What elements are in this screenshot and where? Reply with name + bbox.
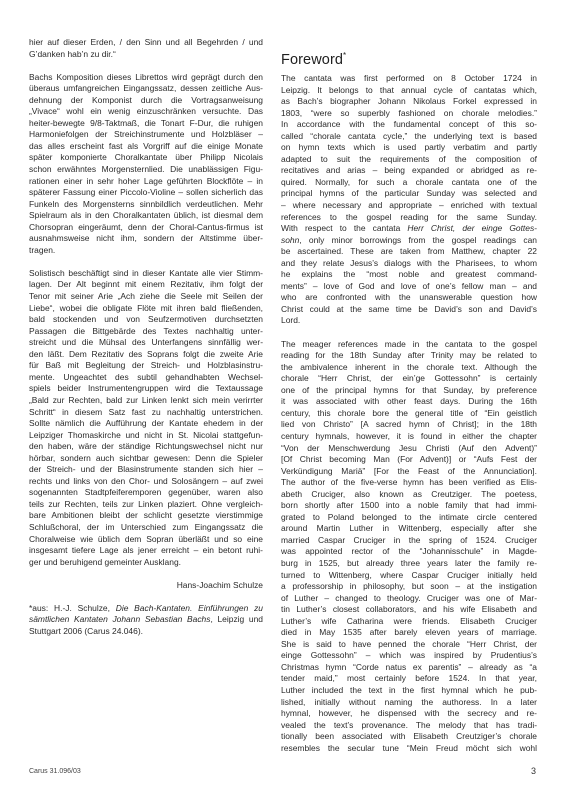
text-line: Luther’s wife Catharina were friends. El… [281, 616, 537, 628]
text-line: „Vivace“ wohl ein wenig einzuschränken v… [29, 106, 263, 118]
text-line: chorale “Herr Christ, der ein’ge Gottess… [281, 373, 537, 385]
text-line: rationen einer in sehr hoher Lage geführ… [29, 176, 263, 188]
text-line: spiels beider Instrumentengruppen wird d… [29, 383, 263, 395]
paragraph-foreword-1: The cantata was first performed on 8 Oct… [281, 73, 537, 327]
text-line: reading for the 18th Sunday after Trinit… [281, 350, 537, 362]
text-line: the ambivalence inherent in the chorale … [281, 362, 537, 374]
text-line: ments” – love of God and love of one’s f… [281, 281, 537, 293]
text-line: dehnung der Komponist durch die Vortrags… [29, 95, 263, 107]
text-line: Schlußchoral, der im Unterschied zum Ein… [29, 522, 263, 534]
text-line: he explains the “most noble and greatest… [281, 269, 537, 281]
text-line: Chorsopran eingeräumt, denn der Choral-C… [29, 222, 263, 234]
footnote-line: Stuttgart 2006 (Carus 24.046). [29, 626, 263, 638]
text-line: century, this chorale bore the general t… [281, 408, 537, 420]
left-column: hier auf dieser Erden, / den Sinn und al… [29, 37, 263, 637]
text-line: The cantata was first performed on 8 Oct… [281, 73, 537, 85]
text-line: a professorship in philosophy, but soon … [281, 581, 537, 593]
text-line: recitatives and arias – being expanded o… [281, 165, 537, 177]
text-line: 1803, “were so superbly fashioned on cho… [281, 108, 537, 120]
text-line: With respect to the cantata Herr Christ,… [281, 223, 537, 235]
text-line: [Of Christ becoming Man (For Advent)] or… [281, 454, 537, 466]
paragraph-foreword-2: The meager references made in the cantat… [281, 339, 537, 755]
text-line: She is said to have penned the chorale “… [281, 639, 537, 651]
text-line: späterer Fassung einer Piccolo-Violine –… [29, 187, 263, 199]
text-line: bald stockenden und von Seufzermotiven d… [29, 314, 263, 326]
text-line: das alles erscheint fast als Vorgriff au… [29, 141, 263, 153]
text-line: resembles the secular tune “Mein Freud m… [281, 743, 537, 755]
text-line: Leipziger Thomaskirche und nicht in St. … [29, 430, 263, 442]
text-line: Schritt“ in diesem Satz fast zu nachhalt… [29, 407, 263, 419]
text-line: In accordance with the fundamental conce… [281, 119, 537, 131]
text-line: den haben, wäre der ständige Richtungswe… [29, 441, 263, 453]
text-line: – where necessary and appropriate – enri… [281, 200, 537, 212]
text-line: and they relate Jesus’s dialogs with the… [281, 258, 537, 270]
text-line: grated to Poland belonged to the intimat… [281, 512, 537, 524]
author-signature: Hans-Joachim Schulze [29, 580, 263, 592]
text-line: Christmas hymn “Corde natus ex parentis”… [281, 662, 537, 674]
text-line: Christ could at the same time be David’s… [281, 304, 537, 316]
text-line: be ascertained. These are taken from Mat… [281, 246, 537, 258]
text-line: who are confronted with the unanswerable… [281, 292, 537, 304]
text-line: für Baß mit Begleitung der Streich- und … [29, 360, 263, 372]
text-line: Liebe“, wobei die obligate Flöte mit ihr… [29, 303, 263, 315]
text-line: insgesamt tiefere Lage als jener erreich… [29, 545, 263, 557]
text-line: Lord. [281, 315, 537, 327]
paragraph-soloists: Solistisch beschäftigt sind in dieser Ka… [29, 268, 263, 568]
text-line: sohn, only minor borrowings from the gos… [281, 235, 537, 247]
text-line: century hymnals, however, it is found in… [281, 431, 537, 443]
text-line: Solistisch beschäftigt sind in dieser Ka… [29, 268, 263, 280]
text-line: Passagen die Bittgebärde des Textes nach… [29, 326, 263, 338]
paragraph-quote-end: hier auf dieser Erden, / den Sinn und al… [29, 37, 263, 60]
footnote-line: sämtlichen Kantaten Johann Sebastian Bac… [29, 614, 263, 626]
text-line: später komponierte Choralkantate über Ph… [29, 152, 263, 164]
text-line: der Streich- und der Blasinstrumente sta… [29, 464, 263, 476]
text-line: schon erwähntes Morgensternlied. Die una… [29, 164, 263, 176]
text-line: Spielraum als in den Choralkantaten übli… [29, 210, 263, 222]
text-line: The meager references made in the cantat… [281, 339, 537, 351]
text-line: married Caspar Cruciger in the spring of… [281, 535, 537, 547]
text-line: adapted to suit the requirements of the … [281, 154, 537, 166]
footnote: *aus: H.-J. Schulze, Die Bach-Kantaten. … [29, 603, 263, 638]
text-line: Tenor mit seiner Arie „Ach ziehe die See… [29, 291, 263, 303]
text-line: references to the gospel reading for the… [281, 212, 537, 224]
text-line: one of the principal hymns for that Sund… [281, 385, 537, 397]
catalog-number: Carus 31.096/03 [29, 768, 81, 775]
text-line: vealed the text’s provenance. The melody… [281, 720, 537, 732]
text-line: Choralweise wie üblich dem Sopran überlä… [29, 534, 263, 546]
text-line: G’danken hab’n zu dir.“ [29, 49, 263, 61]
page-number: 3 [531, 766, 536, 776]
text-line: born shortly after 1500 into a noble fam… [281, 500, 537, 512]
text-line: Verkündigung Mariä” [For the Feast of th… [281, 466, 537, 478]
paragraph-composition: Bachs Komposition dieses Librettos wird … [29, 72, 263, 257]
text-line: lished, initially without naming the aut… [281, 697, 537, 709]
text-line: lied von Christo” [A sacred hymn of Chri… [281, 419, 537, 431]
footnote-line: *aus: H.-J. Schulze, Die Bach-Kantaten. … [29, 603, 263, 615]
text-line: den läßt. Dem Rezitativ des Soprans folg… [29, 349, 263, 361]
text-line: streicht und die Mühsal des Unterfangens… [29, 337, 263, 349]
text-line: tragen. [29, 245, 263, 257]
text-line: burg in 1525, but already three years la… [281, 558, 537, 570]
text-line: was appointed rector of the “Johannissch… [281, 546, 537, 558]
text-line: tionally been associated with Elisabeth … [281, 731, 537, 743]
text-line: Bachs Komposition dieses Librettos wird … [29, 72, 263, 84]
text-line: lagen. Der Alt beginnt mit einem Rezitat… [29, 279, 263, 291]
text-line: hymnal, however, he dispensed with the s… [281, 708, 537, 720]
right-column: Foreword* The cantata was first performe… [281, 47, 537, 754]
text-line: turned to Wittenberg, where Caspar Cruci… [281, 570, 537, 582]
text-line: tin Luther’s closest collaborators, and … [281, 604, 537, 616]
text-line: Leipzig. It belongs to that annual cycle… [281, 85, 537, 97]
text-line: called “chorale cantata cycle,” the unde… [281, 131, 537, 143]
text-line: quired. Normally, for such a chorale can… [281, 177, 537, 189]
text-line: ausnahmsweise nicht ihm, sondern der Alt… [29, 233, 263, 245]
text-line: died in May 1535 after barely eleven yea… [281, 627, 537, 639]
section-heading: Foreword* [281, 47, 537, 69]
text-line: tender maid,” most certainly before 1524… [281, 673, 537, 685]
text-line: Sollte nämlich die Aufführung der Kantat… [29, 418, 263, 430]
text-line: überaus umfangreichen Eingangssatz, dess… [29, 83, 263, 95]
text-line: principal hymns of the particular Sunday… [281, 188, 537, 200]
text-line: „Bald zur Rechten, bald zur Linken lenkt… [29, 395, 263, 407]
text-line: “Von der Menschwerdung Jesu Christi (Auf… [281, 443, 537, 455]
text-line: around Martin Luther in Wittenberg, espe… [281, 523, 537, 535]
text-line: sogenannten Stadtpfeiferemporen gegenübe… [29, 487, 263, 499]
text-line: ger und beruhigend gemeinter Ausklang. [29, 557, 263, 569]
text-line: abeth Cruciger, also known as Creutziger… [281, 489, 537, 501]
text-line: hörbar, sondern auch sichtbar gewesen: D… [29, 453, 263, 465]
text-line: heiter-bewegte 9/8-Taktmaß, die Tonart F… [29, 118, 263, 130]
text-line: teils zur Rechten, teils zur Linken plaz… [29, 499, 263, 511]
text-line: bare Ambitionen bleibt der schlicht gese… [29, 510, 263, 522]
text-line: Harmoniefolgen der Streichinstrumente un… [29, 129, 263, 141]
text-line: mente. Ungeachtet des subtil gehandhabte… [29, 372, 263, 384]
text-line: of Luther – changed to theology. Crucige… [281, 593, 537, 605]
text-line: Luther included the text in the first hy… [281, 685, 537, 697]
text-line: as Bach’s biographer Johann Nikolaus For… [281, 96, 537, 108]
footnote-marker: * [343, 51, 346, 60]
text-line: The author of the five-verse hymn has be… [281, 477, 537, 489]
text-line: on hymn texts which is used partly verba… [281, 142, 537, 154]
text-line: rechts und links von den Chor- und Solos… [29, 476, 263, 488]
text-line: einge Gottessohn” – which was inspired b… [281, 650, 537, 662]
text-line: hier auf dieser Erden, / den Sinn und al… [29, 37, 263, 49]
text-line: it was associated with other feast days.… [281, 396, 537, 408]
text-line: Funkeln des Morgensterns sinnbildlich ve… [29, 199, 263, 211]
